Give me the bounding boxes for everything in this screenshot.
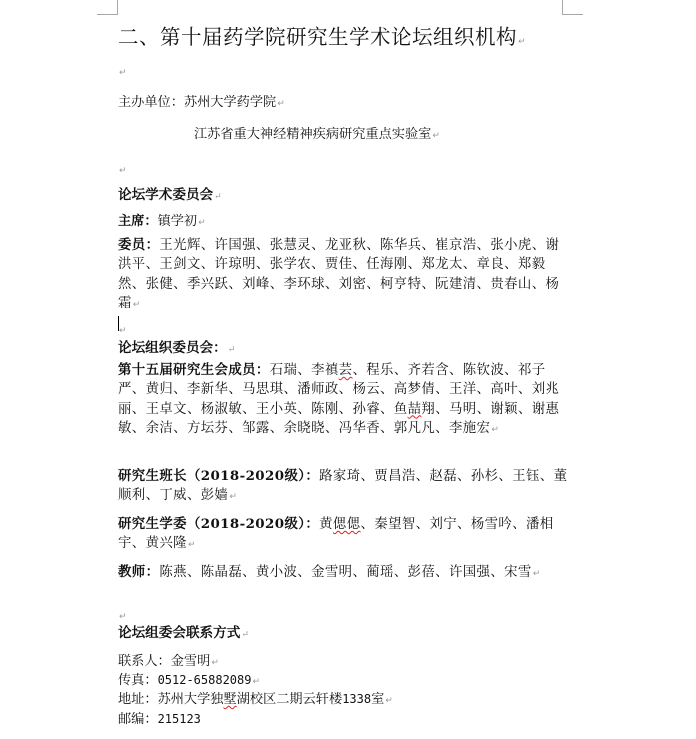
student-union-members: 第十五届研究生会成员：石瑞、李禛芸、程乐、齐若含、陈钦波、祁子严、黄归、李新华、… <box>118 361 570 440</box>
spelling-flag[interactable]: 墅 <box>224 692 237 707</box>
paragraph-mark-icon: ↵ <box>119 166 127 176</box>
page-corner-mark-left <box>97 0 118 15</box>
class-leaders: 研究生班长（2018-2020级）：路家琦、贾昌浩、赵磊、孙杉、王钰、董顺利、丁… <box>118 467 570 508</box>
organizer-line: 主办单位：苏州大学药学院↵ <box>118 91 285 110</box>
chair-line: 主席：镇学初↵ <box>118 210 206 229</box>
academic-committee-heading: 论坛学术委员会↵ <box>118 183 222 203</box>
spelling-flag[interactable]: 偲偲 <box>333 517 361 532</box>
teachers: 教师：陈燕、陈晶磊、黄小波、金雪明、蔺瑶、彭蓓、许国强、宋雪↵ <box>118 563 570 584</box>
organizer-secondary: 江苏省重大神经精神疾病研究重点实验室↵ <box>194 123 440 142</box>
spelling-flag[interactable]: 芸 <box>339 363 353 378</box>
spelling-flag[interactable]: 喆 <box>408 402 422 417</box>
contact-address: 地址：苏州大学独墅湖校区二期云轩楼1338室↵ <box>118 688 393 707</box>
paragraph-mark-icon: ↵ <box>518 37 526 47</box>
committee-members: 委员：王光辉、许国强、张慧灵、龙亚秋、陈华兵、崔京浩、张小虎、谢洪平、王剑文、许… <box>118 236 570 315</box>
study-committee: 研究生学委（2018-2020级）：黄偲偲、秦望智、刘宁、杨雪吟、潘相宇、黄兴隆… <box>118 515 570 556</box>
page-corner-mark-right <box>562 0 583 15</box>
paragraph-mark-icon: ↵ <box>119 68 127 78</box>
organizing-committee-heading: 论坛组织委员会：↵ <box>118 336 235 356</box>
contact-postcode: 邮编：215123 <box>118 708 201 727</box>
contact-fax: 传真：0512-65882089↵ <box>118 669 260 688</box>
contact-person: 联系人：金雪明↵ <box>118 650 219 669</box>
page-title: 二、第十届药学院研究生学术论坛组织机构↵ <box>118 20 526 50</box>
contact-heading: 论坛组委会联系方式↵ <box>118 621 249 641</box>
